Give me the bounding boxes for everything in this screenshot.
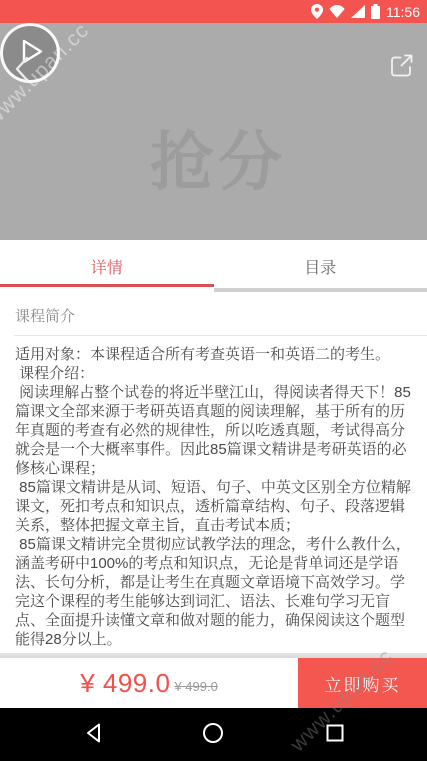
back-triangle-icon: [84, 722, 104, 747]
recents-square-icon: [325, 723, 345, 746]
tab-catalog[interactable]: 目录: [214, 240, 427, 292]
android-recents-button[interactable]: [313, 708, 357, 761]
chevron-left-icon: [11, 73, 35, 88]
current-price: ¥ 499.0: [80, 668, 170, 699]
screen: 11:56 抢分 详情: [0, 0, 427, 761]
home-circle-icon: [202, 722, 224, 747]
android-back-button[interactable]: [72, 708, 116, 761]
divider: [14, 335, 427, 336]
tab-details-label: 详情: [91, 255, 123, 278]
location-pin-icon: [311, 4, 323, 19]
share-icon: [388, 67, 415, 82]
cellular-signal-icon: [351, 5, 365, 18]
status-bar: 11:56: [0, 0, 427, 23]
video-player[interactable]: 抢分: [0, 23, 427, 240]
original-price: ¥ 499.0: [174, 679, 217, 694]
wifi-icon: [329, 5, 345, 18]
buy-now-button[interactable]: 立即购买: [298, 658, 427, 708]
section-title: 课程简介: [0, 292, 427, 335]
battery-icon: [371, 4, 380, 19]
course-detail-content: 课程简介 适用对象：本课程适合所有考查英语一和英语二的考生。 课程介绍： 阅读理…: [0, 292, 427, 658]
purchase-bar: ¥ 499.0 ¥ 499.0 立即购买: [0, 658, 427, 708]
status-bar-time: 11:56: [386, 5, 420, 19]
tab-bar: 详情 目录: [0, 240, 427, 292]
video-logo-watermark: 抢分: [148, 111, 288, 203]
android-home-button[interactable]: [191, 708, 235, 761]
share-button[interactable]: [387, 52, 415, 80]
android-navigation-bar: [0, 708, 427, 761]
back-button[interactable]: [10, 53, 36, 85]
active-tab-indicator: [0, 284, 214, 287]
tab-catalog-label: 目录: [304, 255, 336, 278]
price-group: ¥ 499.0 ¥ 499.0: [0, 658, 298, 708]
course-description: 适用对象：本课程适合所有考查英语一和英语二的考生。 课程介绍： 阅读理解占整个试…: [15, 345, 412, 649]
